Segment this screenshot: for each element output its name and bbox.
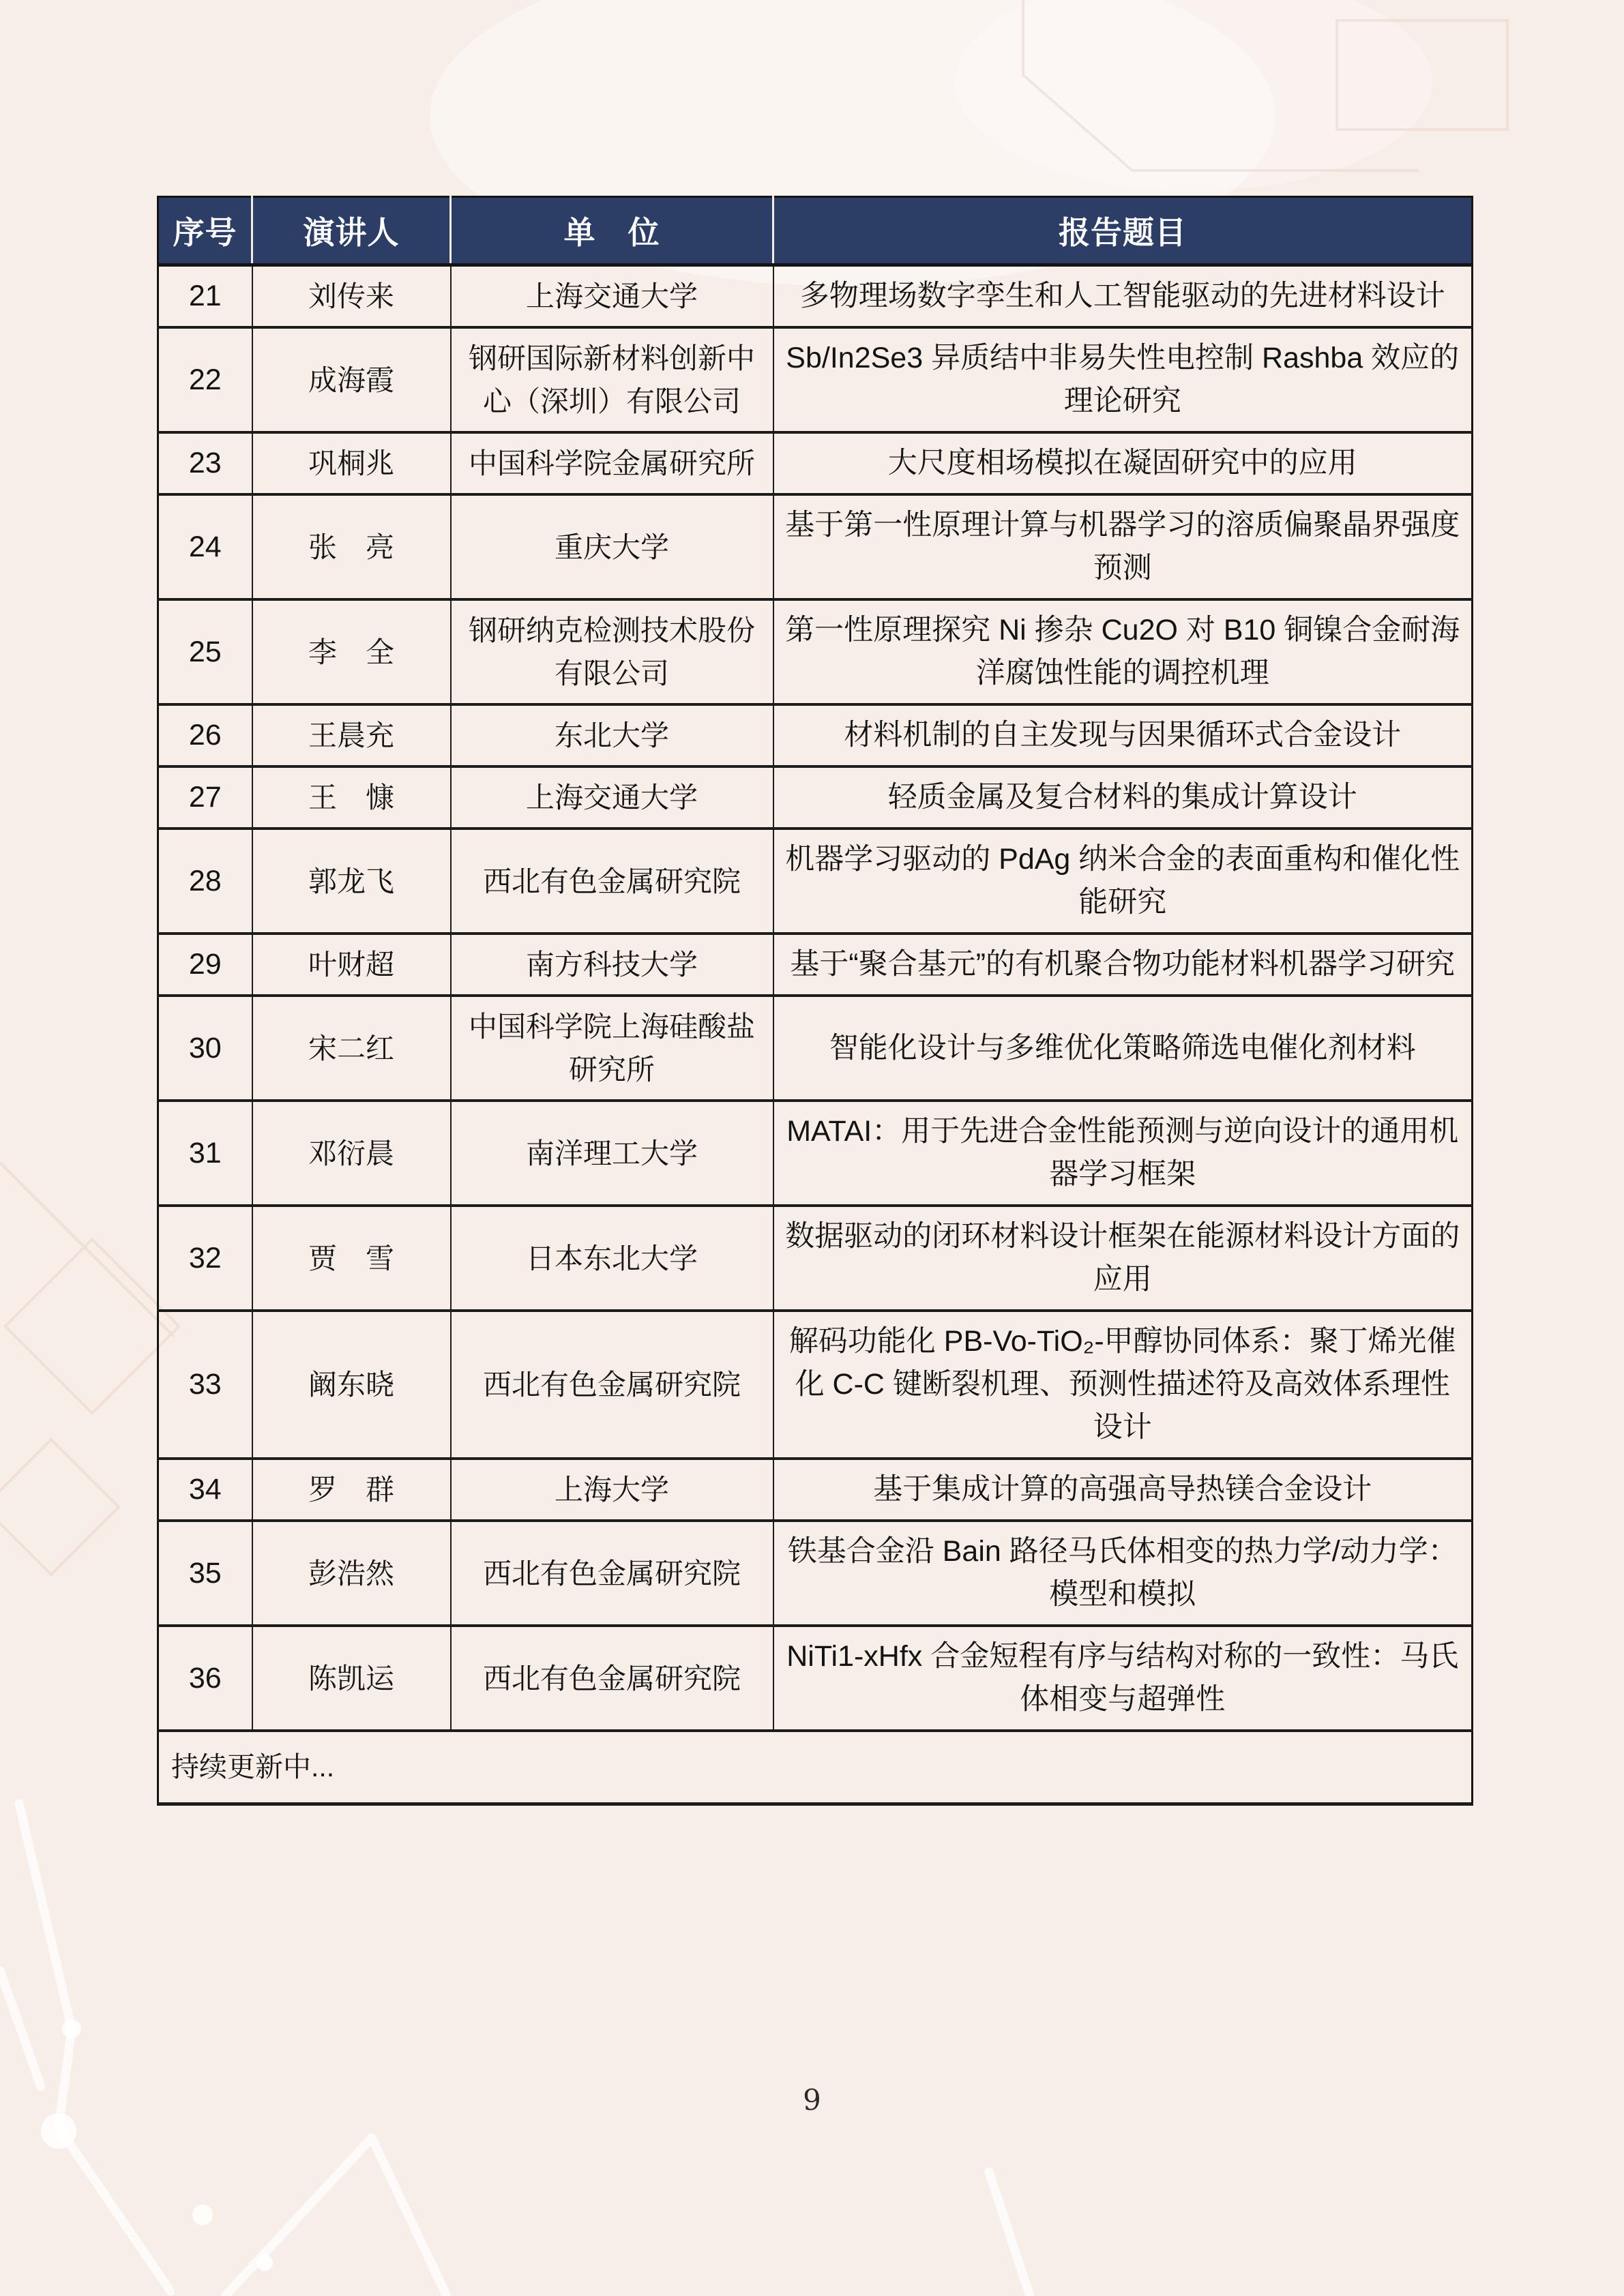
col-header-title: 报告题目 (773, 197, 1473, 265)
cell-no: 26 (158, 704, 252, 766)
footer-note: 持续更新中... (158, 1731, 1473, 1804)
cell-no: 33 (158, 1311, 252, 1459)
cell-speaker: 王 慷 (252, 766, 451, 829)
cell-speaker: 阚东晓 (252, 1311, 451, 1459)
cell-title: Sb/In2Se3 异质结中非易失性电控制 Rashba 效应的理论研究 (773, 327, 1473, 432)
cell-no: 32 (158, 1206, 252, 1311)
cell-no: 23 (158, 432, 252, 494)
col-header-index: 序号 (158, 197, 252, 265)
table-row: 32贾 雪日本东北大学数据驱动的闭环材料设计框架在能源材料设计方面的应用 (158, 1206, 1473, 1311)
cell-speaker: 王晨充 (252, 704, 451, 766)
col-header-speaker: 演讲人 (252, 197, 451, 265)
table-row: 31邓衍晨南洋理工大学MATAI：用于先进合金性能预测与逆向设计的通用机器学习框… (158, 1101, 1473, 1206)
page-number: 9 (0, 2083, 1624, 2117)
cell-affiliation: 钢研纳克检测技术股份有限公司 (451, 599, 773, 704)
table-row: 28郭龙飞西北有色金属研究院机器学习驱动的 PdAg 纳米合金的表面重构和催化性… (158, 829, 1473, 934)
cell-speaker: 刘传来 (252, 265, 451, 328)
cell-affiliation: 上海交通大学 (451, 265, 773, 328)
page: 序号 演讲人 单 位 报告题目 21刘传来上海交通大学多物理场数字孪生和人工智能… (0, 0, 1624, 2296)
cell-affiliation: 东北大学 (451, 704, 773, 766)
cell-no: 22 (158, 327, 252, 432)
cell-title: 基于集成计算的高强高导热镁合金设计 (773, 1459, 1473, 1521)
cell-title: NiTi1-xHfx 合金短程有序与结构对称的一致性：马氏体相变与超弹性 (773, 1626, 1473, 1731)
cell-affiliation: 日本东北大学 (451, 1206, 773, 1311)
table-row: 27王 慷上海交通大学轻质金属及复合材料的集成计算设计 (158, 766, 1473, 829)
cell-no: 36 (158, 1626, 252, 1731)
cell-speaker: 成海霞 (252, 327, 451, 432)
cell-affiliation: 西北有色金属研究院 (451, 1626, 773, 1731)
cell-affiliation: 西北有色金属研究院 (451, 829, 773, 934)
cell-title: 数据驱动的闭环材料设计框架在能源材料设计方面的应用 (773, 1206, 1473, 1311)
cell-speaker: 李 全 (252, 599, 451, 704)
cell-speaker: 巩桐兆 (252, 432, 451, 494)
cell-affiliation: 上海交通大学 (451, 766, 773, 829)
cell-title: 铁基合金沿 Bain 路径马氏体相变的热力学/动力学：模型和模拟 (773, 1521, 1473, 1626)
table-row: 35彭浩然西北有色金属研究院铁基合金沿 Bain 路径马氏体相变的热力学/动力学… (158, 1521, 1473, 1626)
cell-affiliation: 中国科学院金属研究所 (451, 432, 773, 494)
cell-title: 第一性原理探究 Ni 掺杂 Cu2O 对 B10 铜镍合金耐海洋腐蚀性能的调控机… (773, 599, 1473, 704)
cell-title: 基于第一性原理计算与机器学习的溶质偏聚晶界强度预测 (773, 494, 1473, 599)
table-header-row: 序号 演讲人 单 位 报告题目 (158, 197, 1473, 265)
cell-no: 27 (158, 766, 252, 829)
cell-speaker: 郭龙飞 (252, 829, 451, 934)
cell-no: 35 (158, 1521, 252, 1626)
cell-title: 基于“聚合基元”的有机聚合物功能材料机器学习研究 (773, 934, 1473, 996)
cell-no: 29 (158, 934, 252, 996)
cell-affiliation: 南方科技大学 (451, 934, 773, 996)
circuit-line-decoration (0, 1804, 1030, 2296)
table-row: 25李 全钢研纳克检测技术股份有限公司第一性原理探究 Ni 掺杂 Cu2O 对 … (158, 599, 1473, 704)
cell-no: 31 (158, 1101, 252, 1206)
cell-affiliation: 西北有色金属研究院 (451, 1311, 773, 1459)
cell-title: 智能化设计与多维优化策略筛选电催化剂材料 (773, 996, 1473, 1101)
cell-affiliation: 钢研国际新材料创新中心（深圳）有限公司 (451, 327, 773, 432)
cell-speaker: 张 亮 (252, 494, 451, 599)
cell-no: 24 (158, 494, 252, 599)
cell-no: 28 (158, 829, 252, 934)
table-row: 22成海霞钢研国际新材料创新中心（深圳）有限公司Sb/In2Se3 异质结中非易… (158, 327, 1473, 432)
cell-affiliation: 上海大学 (451, 1459, 773, 1521)
cell-speaker: 叶财超 (252, 934, 451, 996)
cell-speaker: 邓衍晨 (252, 1101, 451, 1206)
cell-no: 34 (158, 1459, 252, 1521)
table-row: 21刘传来上海交通大学多物理场数字孪生和人工智能驱动的先进材料设计 (158, 265, 1473, 328)
cell-title: 大尺度相场模拟在凝固研究中的应用 (773, 432, 1473, 494)
table-footer-row: 持续更新中... (158, 1731, 1473, 1804)
cell-speaker: 贾 雪 (252, 1206, 451, 1311)
cell-title: 机器学习驱动的 PdAg 纳米合金的表面重构和催化性能研究 (773, 829, 1473, 934)
col-header-affiliation: 单 位 (451, 197, 773, 265)
table-row: 24张 亮重庆大学基于第一性原理计算与机器学习的溶质偏聚晶界强度预测 (158, 494, 1473, 599)
table-row: 33阚东晓西北有色金属研究院解码功能化 PB-Vo-TiO₂-甲醇协同体系：聚丁… (158, 1311, 1473, 1459)
cell-speaker: 陈凯运 (252, 1626, 451, 1731)
cell-affiliation: 西北有色金属研究院 (451, 1521, 773, 1626)
cell-speaker: 彭浩然 (252, 1521, 451, 1626)
table-body: 21刘传来上海交通大学多物理场数字孪生和人工智能驱动的先进材料设计22成海霞钢研… (158, 265, 1473, 1804)
cell-title: 解码功能化 PB-Vo-TiO₂-甲醇协同体系：聚丁烯光催化 C-C 键断裂机理… (773, 1311, 1473, 1459)
cell-title: 多物理场数字孪生和人工智能驱动的先进材料设计 (773, 265, 1473, 328)
cell-title: 材料机制的自主发现与因果循环式合金设计 (773, 704, 1473, 766)
table-row: 30宋二红中国科学院上海硅酸盐研究所智能化设计与多维优化策略筛选电催化剂材料 (158, 996, 1473, 1101)
table-row: 23巩桐兆中国科学院金属研究所大尺度相场模拟在凝固研究中的应用 (158, 432, 1473, 494)
cell-no: 25 (158, 599, 252, 704)
table-row: 34罗 群上海大学基于集成计算的高强高导热镁合金设计 (158, 1459, 1473, 1521)
cell-title: 轻质金属及复合材料的集成计算设计 (773, 766, 1473, 829)
cell-no: 21 (158, 265, 252, 328)
table-row: 36陈凯运西北有色金属研究院NiTi1-xHfx 合金短程有序与结构对称的一致性… (158, 1626, 1473, 1731)
cell-affiliation: 南洋理工大学 (451, 1101, 773, 1206)
cell-no: 30 (158, 996, 252, 1101)
cell-speaker: 罗 群 (252, 1459, 451, 1521)
cell-affiliation: 重庆大学 (451, 494, 773, 599)
program-table: 序号 演讲人 单 位 报告题目 21刘传来上海交通大学多物理场数字孪生和人工智能… (157, 196, 1473, 1806)
table-row: 26王晨充东北大学材料机制的自主发现与因果循环式合金设计 (158, 704, 1473, 766)
cell-affiliation: 中国科学院上海硅酸盐研究所 (451, 996, 773, 1101)
table-row: 29叶财超南方科技大学基于“聚合基元”的有机聚合物功能材料机器学习研究 (158, 934, 1473, 996)
cell-speaker: 宋二红 (252, 996, 451, 1101)
cell-title: MATAI：用于先进合金性能预测与逆向设计的通用机器学习框架 (773, 1101, 1473, 1206)
